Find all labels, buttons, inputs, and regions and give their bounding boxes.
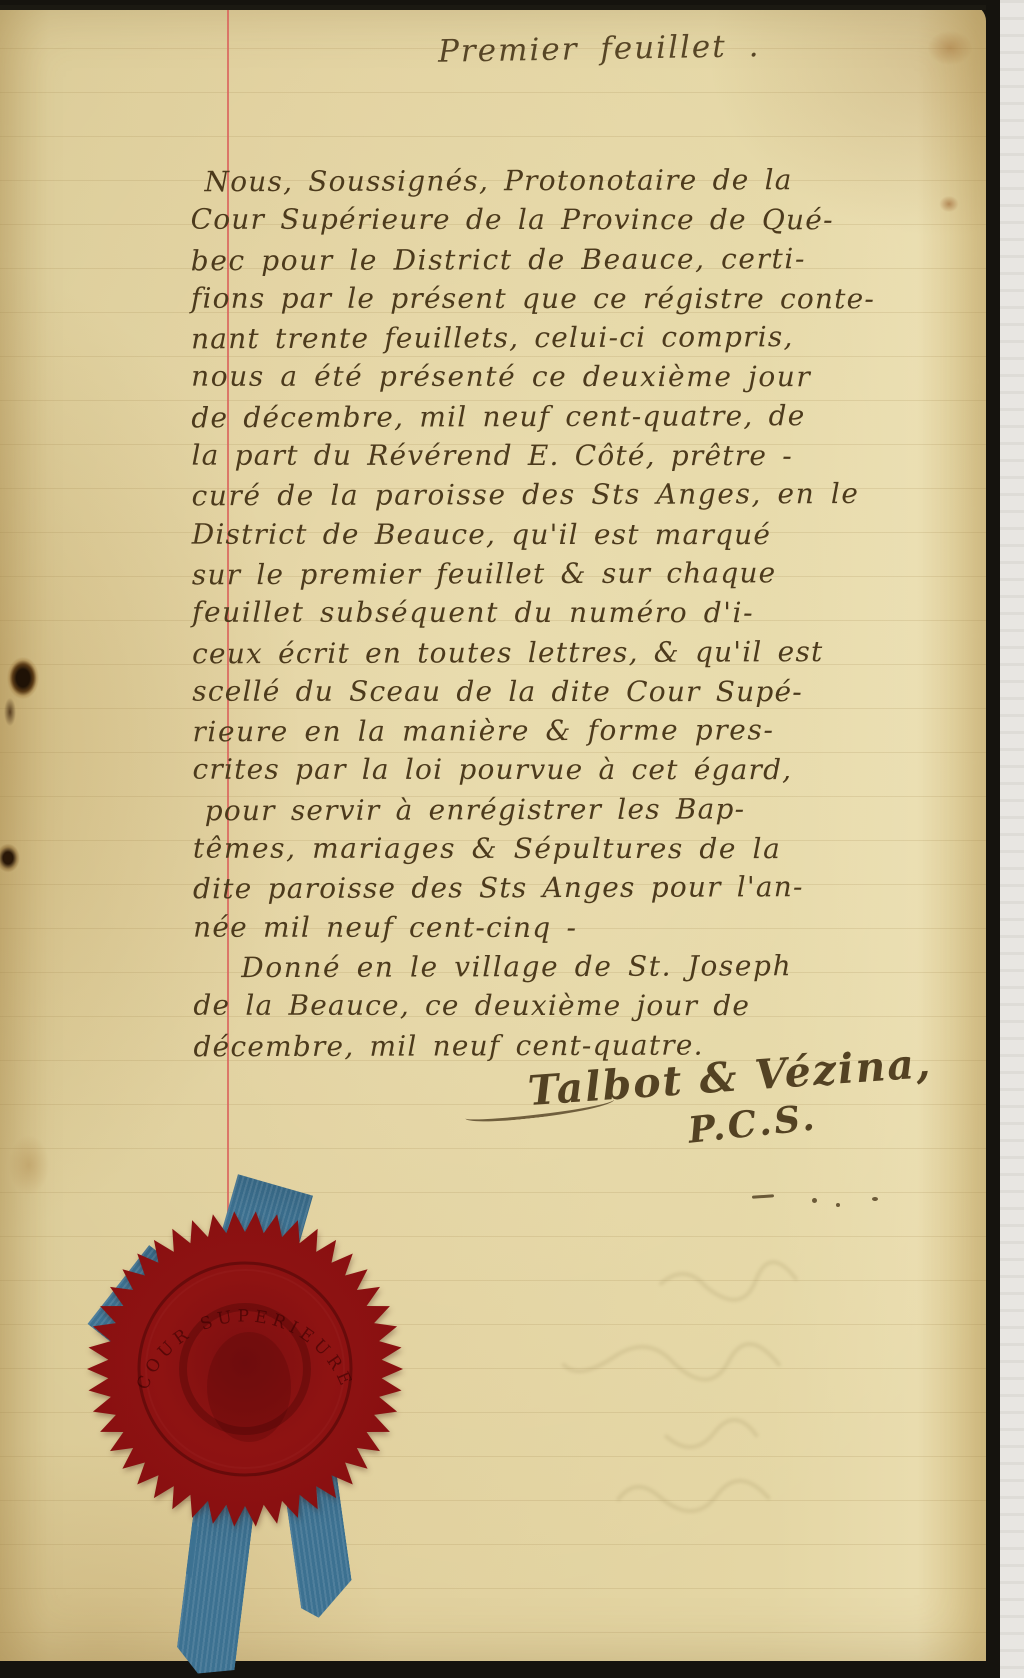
- manuscript-line: rieure en la manière & forme pres-: [192, 710, 944, 752]
- manuscript-line: Nous, Soussignés, Protonotaire de la: [190, 160, 942, 202]
- manuscript-line: Donné en le village de St. Joseph: [193, 946, 945, 988]
- scanned-register-photo: Premier feuillet . Nous, Soussignés, Pro…: [0, 0, 1024, 1678]
- paper-stain: [2, 1125, 56, 1205]
- signature-title: P.C.S.: [686, 1096, 819, 1151]
- manuscript-line: née mil neuf cent-cinq -: [193, 907, 945, 947]
- manuscript-line: ceux écrit en toutes lettres, & qu'il es…: [192, 631, 944, 673]
- manuscript-line: District de Beauce, qu'il est marqué: [192, 514, 944, 554]
- book-pages-edge: [1000, 0, 1024, 1678]
- wax-seal: COUR SUPERIEURE: [80, 1201, 410, 1537]
- pen-mark: [836, 1203, 840, 1207]
- pen-mark: [752, 1194, 774, 1199]
- manuscript-line: pour servir à enrégistrer les Bap-: [193, 788, 945, 830]
- manuscript-line: la part du Révérend E. Côté, prêtre -: [191, 436, 943, 476]
- pen-mark: [812, 1198, 817, 1203]
- register-page: Premier feuillet . Nous, Soussignés, Pro…: [0, 5, 986, 1661]
- manuscript-line: nous a été présenté ce deuxième jour: [191, 357, 943, 397]
- manuscript-line: Cour Supérieure de la Province de Qué-: [191, 200, 943, 240]
- ink-bleedthrough: [394, 1227, 845, 1572]
- manuscript-line: bec pour le District de Beauce, certi-: [191, 238, 943, 280]
- manuscript-line: scellé du Sceau de la dite Cour Supé-: [192, 672, 944, 712]
- paper-stain: [920, 25, 980, 71]
- manuscript-line: dite paroisse des Sts Anges pour l'an-: [193, 867, 945, 909]
- manuscript-line: de décembre, mil neuf cent-quatre, de: [191, 395, 943, 437]
- book-cover-edge: [0, 5, 986, 10]
- manuscript-line: curé de la paroisse des Sts Anges, en le: [192, 474, 944, 516]
- manuscript-line: crites par la loi pourvue à cet égard,: [193, 750, 945, 790]
- manuscript-line: sur le premier feuillet & sur chaque: [192, 553, 944, 595]
- page-header-label: Premier feuillet .: [438, 28, 761, 70]
- manuscript-line: feuillet subséquent du numéro d'i-: [192, 593, 944, 633]
- punch-hole: [4, 653, 42, 703]
- manuscript-line: de la Beauce, ce deuxième jour de: [193, 986, 945, 1026]
- manuscript-line: fions par le présent que ce régistre con…: [191, 279, 943, 319]
- manuscript-body: Nous, Soussignés, Protonotaire de laCour…: [190, 160, 945, 1066]
- pen-mark: [872, 1197, 878, 1201]
- manuscript-line: nant trente feuillets, celui-ci compris,: [191, 317, 943, 359]
- punch-hole: [0, 841, 22, 875]
- manuscript-line: têmes, mariages & Sépultures de la: [193, 829, 945, 869]
